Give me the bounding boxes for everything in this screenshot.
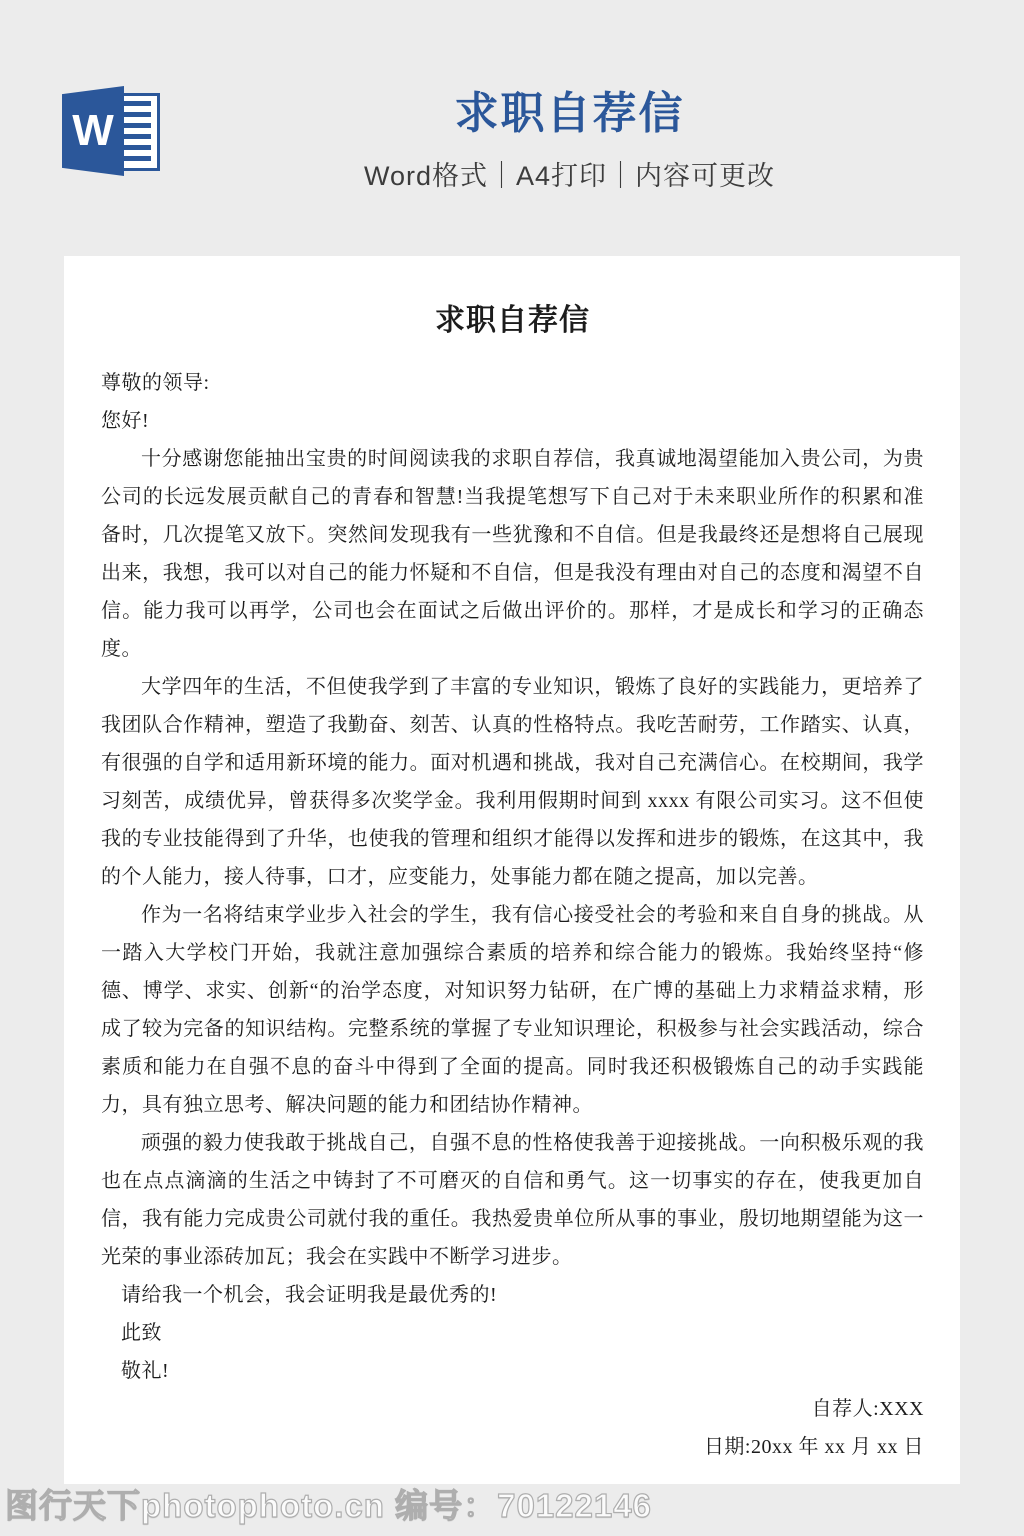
greeting-line: 您好! [101,402,924,440]
date-line: 日期:20xx 年 xx 月 xx 日 [101,1428,924,1466]
body-paragraph: 大学四年的生活，不但使我学到了丰富的专业知识，锻炼了良好的实践能力，更培养了我团… [101,668,924,896]
document-title: 求职自荐信 [101,296,924,346]
word-file-icon: W [62,86,162,176]
signature-line: 自荐人:XXX [101,1390,924,1428]
closing-jingli-line: 敬礼! [101,1352,924,1390]
word-icon-w-panel: W [62,86,124,176]
header-text-block: 求职自荐信 Word格式｜A4打印｜内容可更改 [115,0,1024,193]
salutation-line: 尊敬的领导: [101,364,924,402]
closing-cizhi-line: 此致 [101,1314,924,1352]
body-paragraph: 顽强的毅力使我敢于挑战自己，自强不息的性格使我善于迎接挑战。一向积极乐观的我也在… [101,1124,924,1276]
body-paragraph: 作为一名将结束学业步入社会的学生，我有信心接受社会的考验和来自自身的挑战。从一踏… [101,896,924,1124]
template-header: W 求职自荐信 Word格式｜A4打印｜内容可更改 [0,0,1024,256]
template-title: 求职自荐信 [115,90,1024,138]
template-subtitle: Word格式｜A4打印｜内容可更改 [115,154,1024,193]
watermark-bar: 图行天下photophoto.cn 编号：70122146 [0,1484,1024,1536]
closing-request-line: 请给我一个机会，我会证明我是最优秀的! [101,1276,924,1314]
word-icon-letter: W [72,106,114,156]
document-page: 求职自荐信 尊敬的领导: 您好! 十分感谢您能抽出宝贵的时间阅读我的求职自荐信，… [64,256,960,1484]
body-paragraph: 十分感谢您能抽出宝贵的时间阅读我的求职自荐信，我真诚地渴望能加入贵公司，为贵公司… [101,440,924,668]
word-icon-text-lines [123,101,151,163]
site-watermark: 图行天下photophoto.cn 编号：70122146 [5,1480,652,1527]
